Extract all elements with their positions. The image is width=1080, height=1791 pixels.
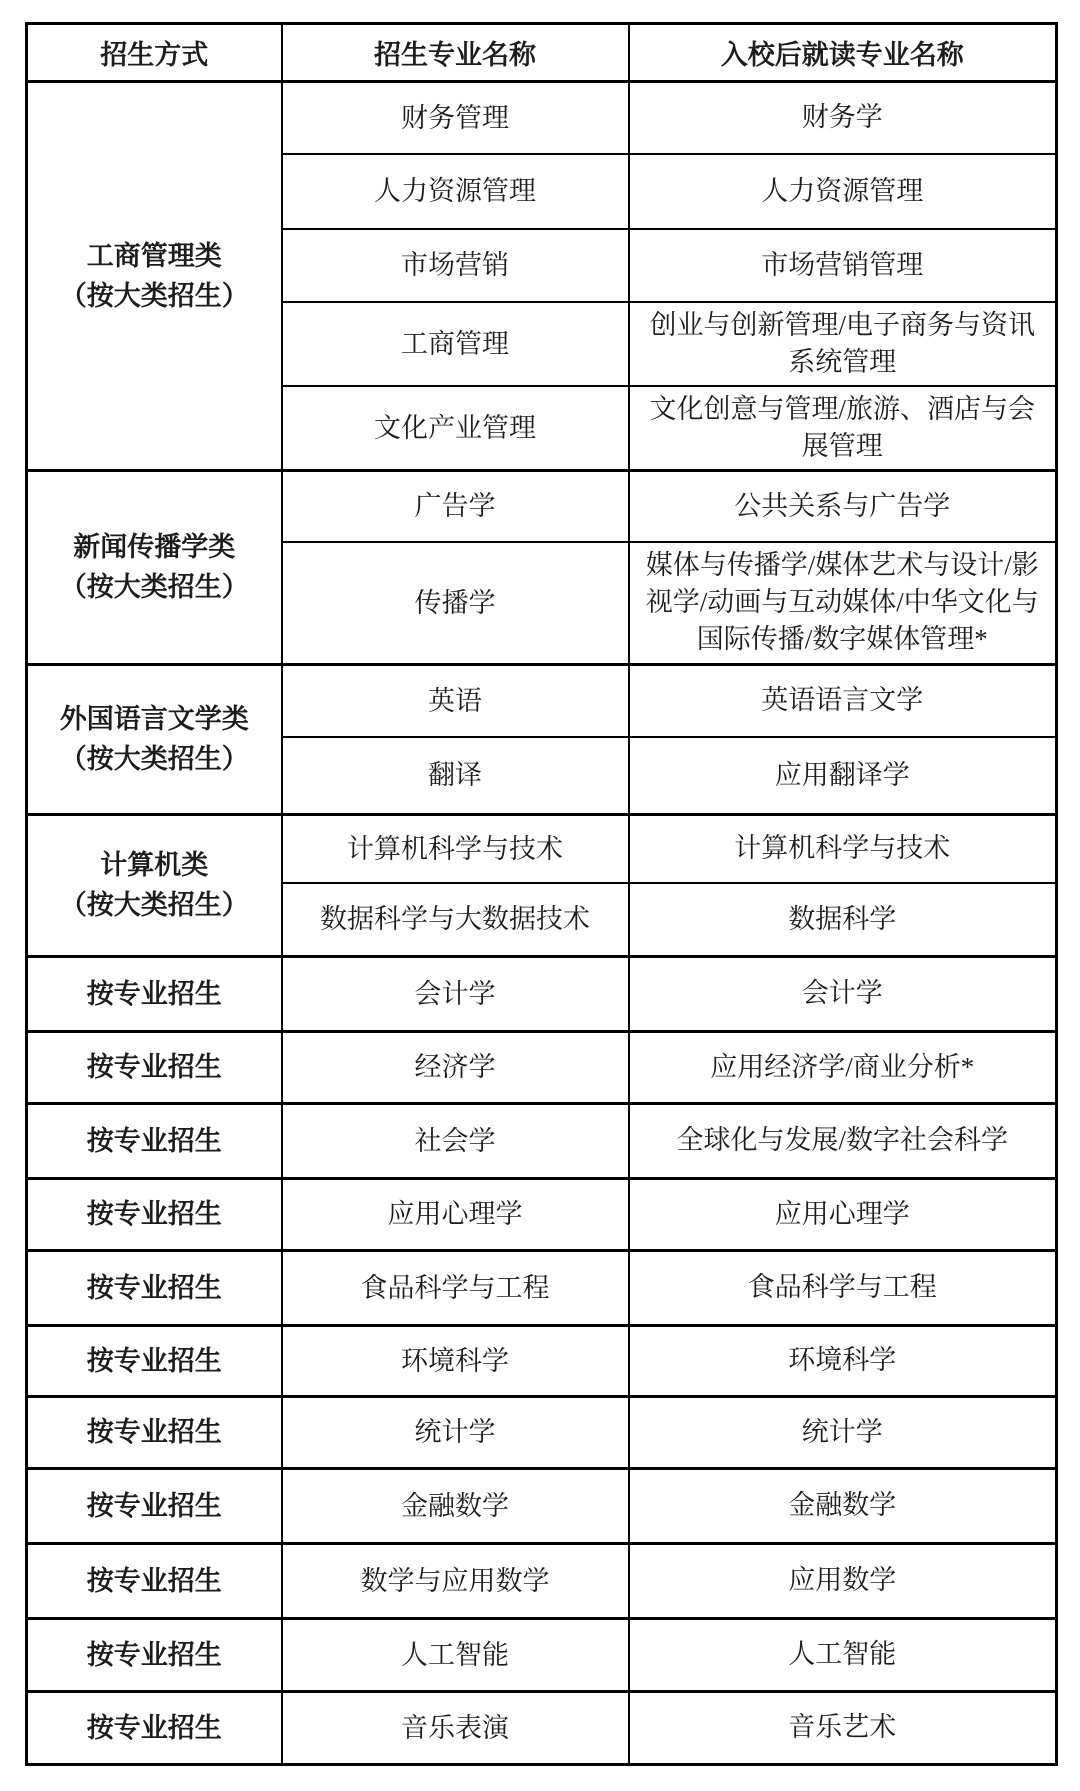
admission-method-line: 按专业招生 <box>42 1047 267 1087</box>
admission-method-cell: 按专业招生 <box>27 1325 282 1396</box>
table-row: 工商管理类（按大类招生）财务管理财务学 <box>27 82 1057 154</box>
admission-major-cell: 金融数学 <box>282 1468 629 1543</box>
admission-major-cell: 传播学 <box>282 542 629 664</box>
table-row: 按专业招生环境科学环境科学 <box>27 1325 1057 1396</box>
study-major-cell: 食品科学与工程 <box>629 1250 1057 1325</box>
admission-method-line: 按专业招生 <box>42 1194 267 1234</box>
admission-method-cell: 计算机类（按大类招生） <box>27 814 282 956</box>
table-row: 按专业招生经济学应用经济学/商业分析* <box>27 1031 1057 1103</box>
admission-method-cell: 工商管理类（按大类招生） <box>27 82 282 471</box>
admission-major-cell: 英语 <box>282 664 629 737</box>
study-major-cell: 环境科学 <box>629 1325 1057 1396</box>
admission-method-cell: 按专业招生 <box>27 1691 282 1764</box>
admission-method-line: （按大类招生） <box>42 885 267 925</box>
table-row: 按专业招生食品科学与工程食品科学与工程 <box>27 1250 1057 1325</box>
admission-method-cell: 外国语言文学类（按大类招生） <box>27 664 282 814</box>
study-major-cell: 创业与创新管理/电子商务与资讯系统管理 <box>629 302 1057 386</box>
admission-major-cell: 社会学 <box>282 1103 629 1178</box>
admission-method-cell: 按专业招生 <box>27 1543 282 1618</box>
admission-major-cell: 会计学 <box>282 956 629 1031</box>
admission-major-cell: 环境科学 <box>282 1325 629 1396</box>
admission-major-cell: 财务管理 <box>282 82 629 154</box>
admission-major-cell: 经济学 <box>282 1031 629 1103</box>
admission-major-cell: 数据科学与大数据技术 <box>282 883 629 956</box>
table-row: 按专业招生音乐表演音乐艺术 <box>27 1691 1057 1764</box>
study-major-cell: 应用经济学/商业分析* <box>629 1031 1057 1103</box>
admission-major-cell: 应用心理学 <box>282 1178 629 1250</box>
study-major-cell: 应用心理学 <box>629 1178 1057 1250</box>
table-row: 计算机类（按大类招生）计算机科学与技术计算机科学与技术 <box>27 814 1057 883</box>
admission-method-cell: 按专业招生 <box>27 1468 282 1543</box>
admission-method-line: 按专业招生 <box>42 1486 267 1526</box>
admission-method-line: 按专业招生 <box>42 1561 267 1601</box>
study-major-cell: 财务学 <box>629 82 1057 154</box>
admission-major-cell: 音乐表演 <box>282 1691 629 1764</box>
admission-method-cell: 按专业招生 <box>27 1103 282 1178</box>
col-header-admission-major: 招生专业名称 <box>282 24 629 82</box>
admission-method-line: （按大类招生） <box>42 567 267 607</box>
study-major-cell: 人工智能 <box>629 1618 1057 1691</box>
admission-method-cell: 按专业招生 <box>27 1618 282 1691</box>
study-major-cell: 计算机科学与技术 <box>629 814 1057 883</box>
table-row: 外国语言文学类（按大类招生）英语英语语言文学 <box>27 664 1057 737</box>
table-row: 按专业招生金融数学金融数学 <box>27 1468 1057 1543</box>
admission-major-cell: 人力资源管理 <box>282 154 629 229</box>
admission-method-line: 按专业招生 <box>42 1341 267 1381</box>
study-major-cell: 公共关系与广告学 <box>629 470 1057 542</box>
table-row: 按专业招生统计学统计学 <box>27 1396 1057 1468</box>
admission-method-line: 工商管理类 <box>42 236 267 276</box>
admissions-table: 招生方式 招生专业名称 入校后就读专业名称 工商管理类（按大类招生）财务管理财务… <box>25 22 1058 1766</box>
study-major-cell: 金融数学 <box>629 1468 1057 1543</box>
admission-method-line: 新闻传播学类 <box>42 527 267 567</box>
admission-method-line: 按专业招生 <box>42 1121 267 1161</box>
admission-method-line: 按专业招生 <box>42 974 267 1014</box>
admission-method-line: 按专业招生 <box>42 1268 267 1308</box>
admission-method-line: 计算机类 <box>42 845 267 885</box>
admission-method-cell: 按专业招生 <box>27 1396 282 1468</box>
admission-method-line: （按大类招生） <box>42 276 267 316</box>
admission-major-cell: 数学与应用数学 <box>282 1543 629 1618</box>
admission-major-cell: 翻译 <box>282 737 629 814</box>
table-row: 新闻传播学类（按大类招生）广告学公共关系与广告学 <box>27 470 1057 542</box>
study-major-cell: 英语语言文学 <box>629 664 1057 737</box>
admission-major-cell: 食品科学与工程 <box>282 1250 629 1325</box>
study-major-cell: 音乐艺术 <box>629 1691 1057 1764</box>
header-row: 招生方式 招生专业名称 入校后就读专业名称 <box>27 24 1057 82</box>
col-header-study-major: 入校后就读专业名称 <box>629 24 1057 82</box>
study-major-cell: 人力资源管理 <box>629 154 1057 229</box>
table-row: 按专业招生应用心理学应用心理学 <box>27 1178 1057 1250</box>
admission-major-cell: 广告学 <box>282 470 629 542</box>
admission-major-cell: 人工智能 <box>282 1618 629 1691</box>
study-major-cell: 应用翻译学 <box>629 737 1057 814</box>
admission-method-line: 外国语言文学类 <box>42 699 267 739</box>
admission-major-cell: 计算机科学与技术 <box>282 814 629 883</box>
table-row: 按专业招生社会学全球化与发展/数字社会科学 <box>27 1103 1057 1178</box>
admission-method-cell: 按专业招生 <box>27 956 282 1031</box>
table-row: 按专业招生人工智能人工智能 <box>27 1618 1057 1691</box>
admission-major-cell: 市场营销 <box>282 229 629 302</box>
study-major-cell: 文化创意与管理/旅游、酒店与会展管理 <box>629 386 1057 471</box>
admission-method-cell: 新闻传播学类（按大类招生） <box>27 470 282 664</box>
study-major-cell: 数据科学 <box>629 883 1057 956</box>
table-row: 按专业招生数学与应用数学应用数学 <box>27 1543 1057 1618</box>
col-header-admission-method: 招生方式 <box>27 24 282 82</box>
admission-method-cell: 按专业招生 <box>27 1178 282 1250</box>
admission-major-cell: 工商管理 <box>282 302 629 386</box>
study-major-cell: 媒体与传播学/媒体艺术与设计/影视学/动画与互动媒体/中华文化与国际传播/数字媒… <box>629 542 1057 664</box>
admission-method-line: 按专业招生 <box>42 1412 267 1452</box>
admission-method-cell: 按专业招生 <box>27 1031 282 1103</box>
study-major-cell: 全球化与发展/数字社会科学 <box>629 1103 1057 1178</box>
admission-major-cell: 统计学 <box>282 1396 629 1468</box>
admission-method-cell: 按专业招生 <box>27 1250 282 1325</box>
table-row: 按专业招生会计学会计学 <box>27 956 1057 1031</box>
admission-method-line: （按大类招生） <box>42 739 267 779</box>
study-major-cell: 统计学 <box>629 1396 1057 1468</box>
admissions-table-page: 招生方式 招生专业名称 入校后就读专业名称 工商管理类（按大类招生）财务管理财务… <box>0 0 1080 1791</box>
admission-major-cell: 文化产业管理 <box>282 386 629 471</box>
admission-method-line: 按专业招生 <box>42 1635 267 1675</box>
study-major-cell: 市场营销管理 <box>629 229 1057 302</box>
study-major-cell: 会计学 <box>629 956 1057 1031</box>
study-major-cell: 应用数学 <box>629 1543 1057 1618</box>
admission-method-line: 按专业招生 <box>42 1708 267 1748</box>
